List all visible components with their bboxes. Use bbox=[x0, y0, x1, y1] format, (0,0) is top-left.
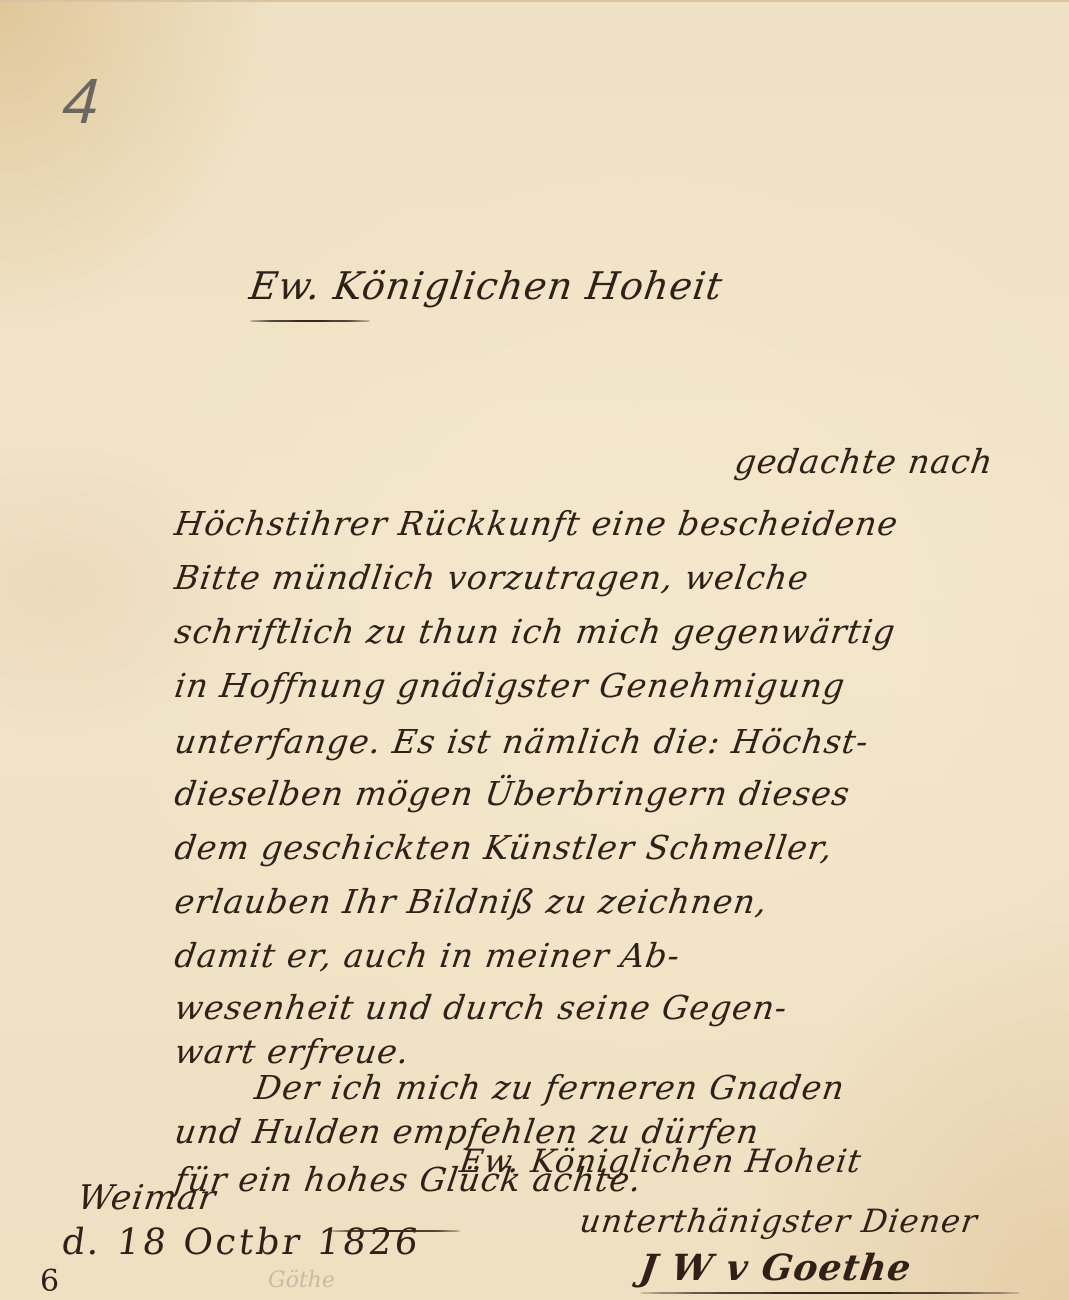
body-line-12: wart erfreue. bbox=[172, 1032, 412, 1071]
body-line-2: Höchstihrer Rückkunft eine bescheidene bbox=[172, 504, 901, 543]
archive-number: 6 bbox=[40, 1264, 59, 1299]
closing-line-1: Ew. Königlichen Hoheit bbox=[457, 1142, 864, 1180]
body-line-11: wesenheit und durch seine Gegen- bbox=[172, 988, 790, 1027]
body-line-3: Bitte mündlich vorzutragen, welche bbox=[172, 558, 811, 597]
date-flourish bbox=[330, 1230, 460, 1232]
folio-number: 4 bbox=[55, 64, 109, 138]
body-line-6: unterfange. Es ist nämlich die: Höchst- bbox=[172, 722, 871, 761]
body-line-4: schriftlich zu thun ich mich gegenwärtig bbox=[172, 612, 898, 651]
body-line-7: dieselben mögen Überbringern dieses bbox=[172, 774, 852, 813]
body-line-9: erlauben Ihr Bildniß zu zeichnen, bbox=[172, 882, 770, 921]
body-line-5: in Hoffnung gnädigster Genehmigung bbox=[172, 666, 848, 705]
letter-page: 4 Ew. Königlichen Hoheit gedachte nach H… bbox=[0, 0, 1069, 1300]
place: Weimar bbox=[75, 1178, 219, 1218]
body-line-8: dem geschickten Künstler Schmeller, bbox=[172, 828, 835, 867]
salutation: Ew. Königlichen Hoheit bbox=[247, 264, 726, 308]
signature-flourish bbox=[640, 1292, 1020, 1294]
archive-name-pencil: Göthe bbox=[268, 1268, 335, 1293]
date: d. 18 Octbr 1826 bbox=[59, 1222, 423, 1263]
closing-line-2: unterthänigster Diener bbox=[577, 1202, 980, 1240]
signature: J W v Goethe bbox=[637, 1247, 914, 1289]
body-line-10: damit er, auch in meiner Ab- bbox=[172, 936, 683, 975]
salutation-flourish bbox=[250, 320, 370, 322]
body-line-13: Der ich mich zu ferneren Gnaden bbox=[252, 1068, 847, 1107]
body-line-1: gedachte nach bbox=[732, 442, 996, 481]
